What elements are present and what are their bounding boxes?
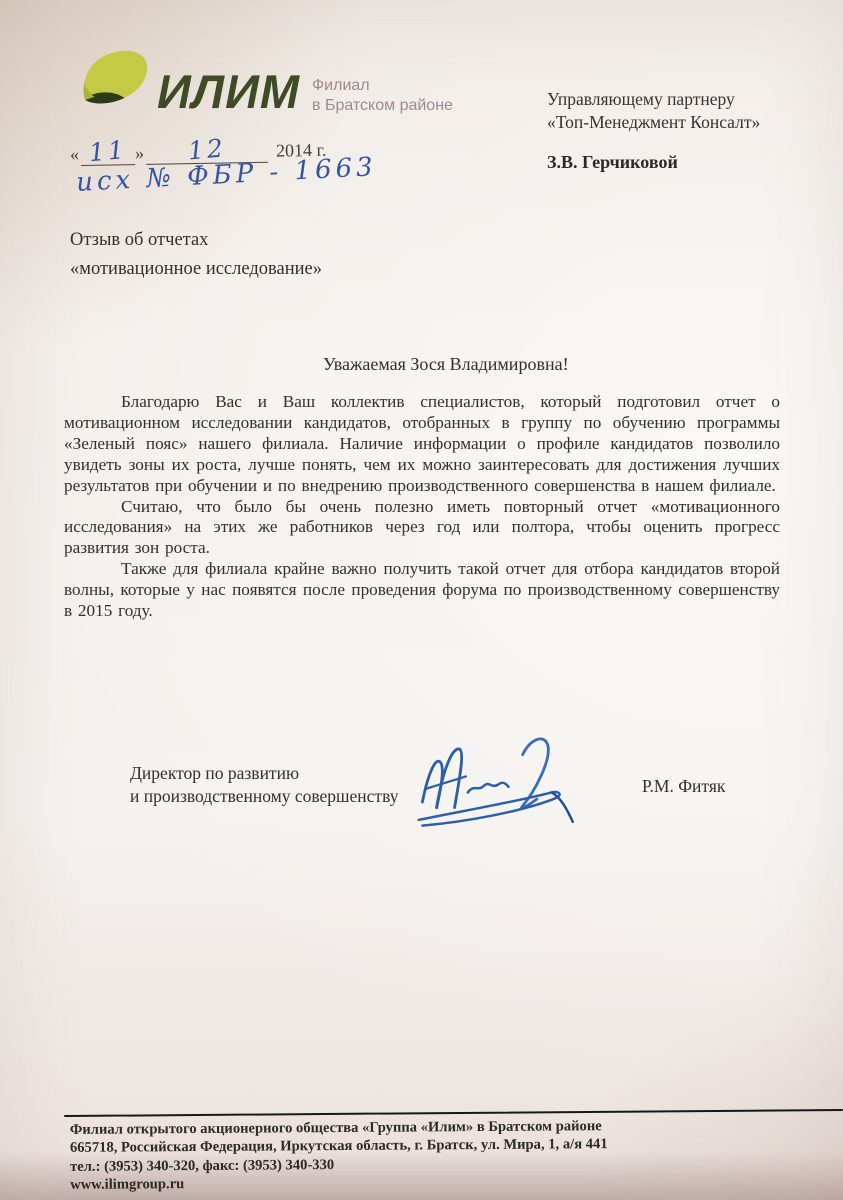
handwritten-signature-icon	[404, 732, 594, 836]
subject-line2: «мотивационное исследование»	[70, 255, 322, 284]
footer-address-line: 665718, Российская Федерация, Иркутская …	[70, 1136, 608, 1158]
body-paragraph: Также для филиала крайне важно получить …	[64, 559, 780, 622]
footer-website: www.ilimgroup.ru	[70, 1172, 608, 1194]
ilim-leaf-logo-icon	[80, 48, 152, 112]
date-open-quote: «	[70, 144, 81, 166]
signer-name: Р.М. Фитяк	[642, 776, 725, 797]
footer-block: Филиал открытого акционерного общества «…	[70, 1117, 608, 1194]
handwritten-day: 11	[88, 138, 128, 165]
tagline-line1: Филиал	[312, 76, 453, 96]
signer-title: Директор по развитию и производственному…	[130, 762, 399, 808]
footer-divider	[64, 1109, 843, 1118]
body-paragraph: Считаю, что было бы очень полезно иметь …	[64, 497, 780, 560]
signer-title-line1: Директор по развитию	[130, 762, 399, 785]
salutation: Уважаемая Зося Владимировна!	[323, 354, 569, 375]
recipient-line1: Управляющему партнеру	[547, 88, 760, 111]
date-day-blank: 11	[81, 139, 135, 166]
letter-body: Благодарю Вас и Ваш коллектив специалист…	[64, 392, 780, 622]
brand-wordmark: ИЛИМ	[157, 64, 300, 119]
recipient-name: З.В. Герчиковой	[547, 152, 678, 173]
tagline-line2: в Братском районе	[312, 96, 453, 116]
body-paragraph: Благодарю Вас и Ваш коллектив специалист…	[64, 392, 780, 497]
signer-title-line2: и производственному совершенству	[130, 785, 399, 808]
brand-tagline: Филиал в Братском районе	[312, 76, 453, 116]
date-close-quote: »	[135, 143, 146, 165]
subject-line1: Отзыв об отчетах	[70, 226, 322, 255]
recipient-line2: «Топ-Менеджмент Консалт»	[547, 111, 760, 134]
subject-block: Отзыв об отчетах «мотивационное исследов…	[70, 226, 322, 284]
scanned-letter-page: ИЛИМ Филиал в Братском районе Управляюще…	[0, 0, 843, 1200]
recipient-block: Управляющему партнеру «Топ-Менеджмент Ко…	[547, 88, 760, 134]
